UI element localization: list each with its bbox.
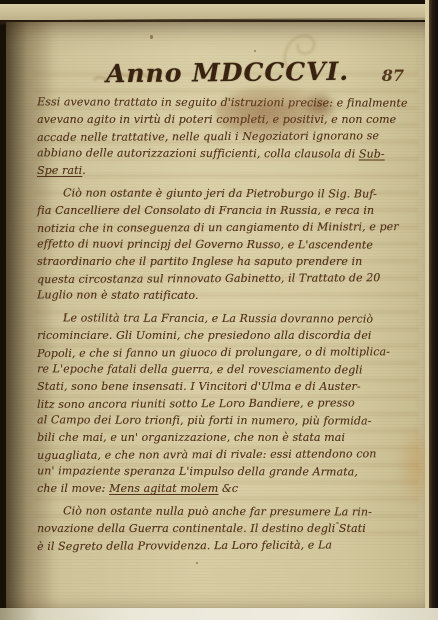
paragraph: Le ostilità tra La Francia, e La Russia … <box>37 310 425 497</box>
line-text: . <box>82 164 86 177</box>
line-text: abbiano delle autorizzazioni sufficienti… <box>37 146 359 160</box>
underlined-term: Spe rati <box>37 164 82 177</box>
manuscript-line: Spe rati. <box>37 162 425 179</box>
manuscript-line: un' impaziente speranza L'impulso della … <box>37 462 425 480</box>
paper-speck <box>64 314 66 317</box>
manuscript-line: ricominciare. Gli Uomini, che presiedono… <box>37 327 425 344</box>
page-number: 87 <box>382 66 404 85</box>
manuscript-line: Ciò non ostante è giunto jeri da Pietrob… <box>37 184 425 202</box>
manuscript-line: novazione della Guerra continentale. Il … <box>37 520 425 537</box>
manuscript-line: Le ostilità tra La Francia, e La Russia … <box>37 309 425 327</box>
manuscript-line: Luglio non è stato ratificato. <box>37 286 425 304</box>
year-heading: Anno MDCCCVI. <box>106 57 349 89</box>
paragraph: Ciò non ostante nulla può anche far pres… <box>37 503 425 554</box>
manuscript-line: avevano agito in virtù di poteri complet… <box>37 111 425 128</box>
paper-speck <box>150 35 153 39</box>
manuscript-page: Anno MDCCCVI. 87 Essi avevano trattato i… <box>6 22 430 608</box>
manuscript-line: straordinario che il partito Inglese ha … <box>37 253 425 270</box>
manuscript-line: litz sono ancora riuniti sotto Le Loro B… <box>37 394 425 413</box>
manuscript-line: questa circostanza sul rinnovato Gabinet… <box>37 269 425 288</box>
manuscript-scan: Anno MDCCCVI. 87 Essi avevano trattato i… <box>0 0 438 620</box>
manuscript-line: accade nelle trattative, nelle quali i N… <box>37 127 425 146</box>
paper-speck <box>102 490 104 492</box>
manuscript-line: Essi avevano trattato in seguito d'istru… <box>37 93 425 111</box>
manuscript-line: è il Segreto della Provvidenza. La Loro … <box>37 536 425 555</box>
manuscript-line: bili che mai, e un' organizzazione, che … <box>37 429 425 446</box>
manuscript-line: Ciò non ostante nulla può anche far pres… <box>37 502 425 520</box>
manuscript-line: re L'epoche fatali della guerra, e del r… <box>37 360 425 378</box>
heading-row: Anno MDCCCVI. 87 <box>6 56 430 96</box>
manuscript-line: notizia che in conseguenza di un cangiam… <box>37 218 425 237</box>
manuscript-line: abbiano delle autorizzazioni sufficienti… <box>37 144 425 162</box>
underlined-motto: Mens agitat molem <box>109 482 218 495</box>
manuscript-line: Popoli, e che si fanno un giuoco di prol… <box>37 343 425 362</box>
manuscript-line: al Campo dei Loro trionfi, più forti in … <box>37 411 425 429</box>
manuscript-line: uguagliata, e che non avrà mai di rivale… <box>37 445 425 464</box>
paragraph: Ciò non ostante è giunto jeri da Pietrob… <box>37 185 425 304</box>
line-text: che il move: <box>37 482 109 495</box>
book-edge-right <box>429 0 438 620</box>
underlined-term: Sub- <box>359 147 385 160</box>
paper-speck <box>254 50 256 52</box>
manuscript-line: Stati, sono bene insensati. I Vincitori … <box>37 378 425 395</box>
manuscript-text: Essi avevano trattato in seguito d'istru… <box>37 94 425 560</box>
paragraph: Essi avevano trattato in seguito d'istru… <box>37 94 425 179</box>
line-text: &c <box>218 482 238 495</box>
manuscript-line: fia Cancelliere del Consolato di Francia… <box>37 202 425 219</box>
manuscript-line: che il move: Mens agitat molem &c <box>37 480 425 497</box>
paper-speck <box>196 562 198 564</box>
scan-strip-bottom <box>0 608 438 620</box>
paper-speck <box>336 522 339 524</box>
manuscript-line: effetto di nuovi principj del Governo Ru… <box>37 235 425 253</box>
